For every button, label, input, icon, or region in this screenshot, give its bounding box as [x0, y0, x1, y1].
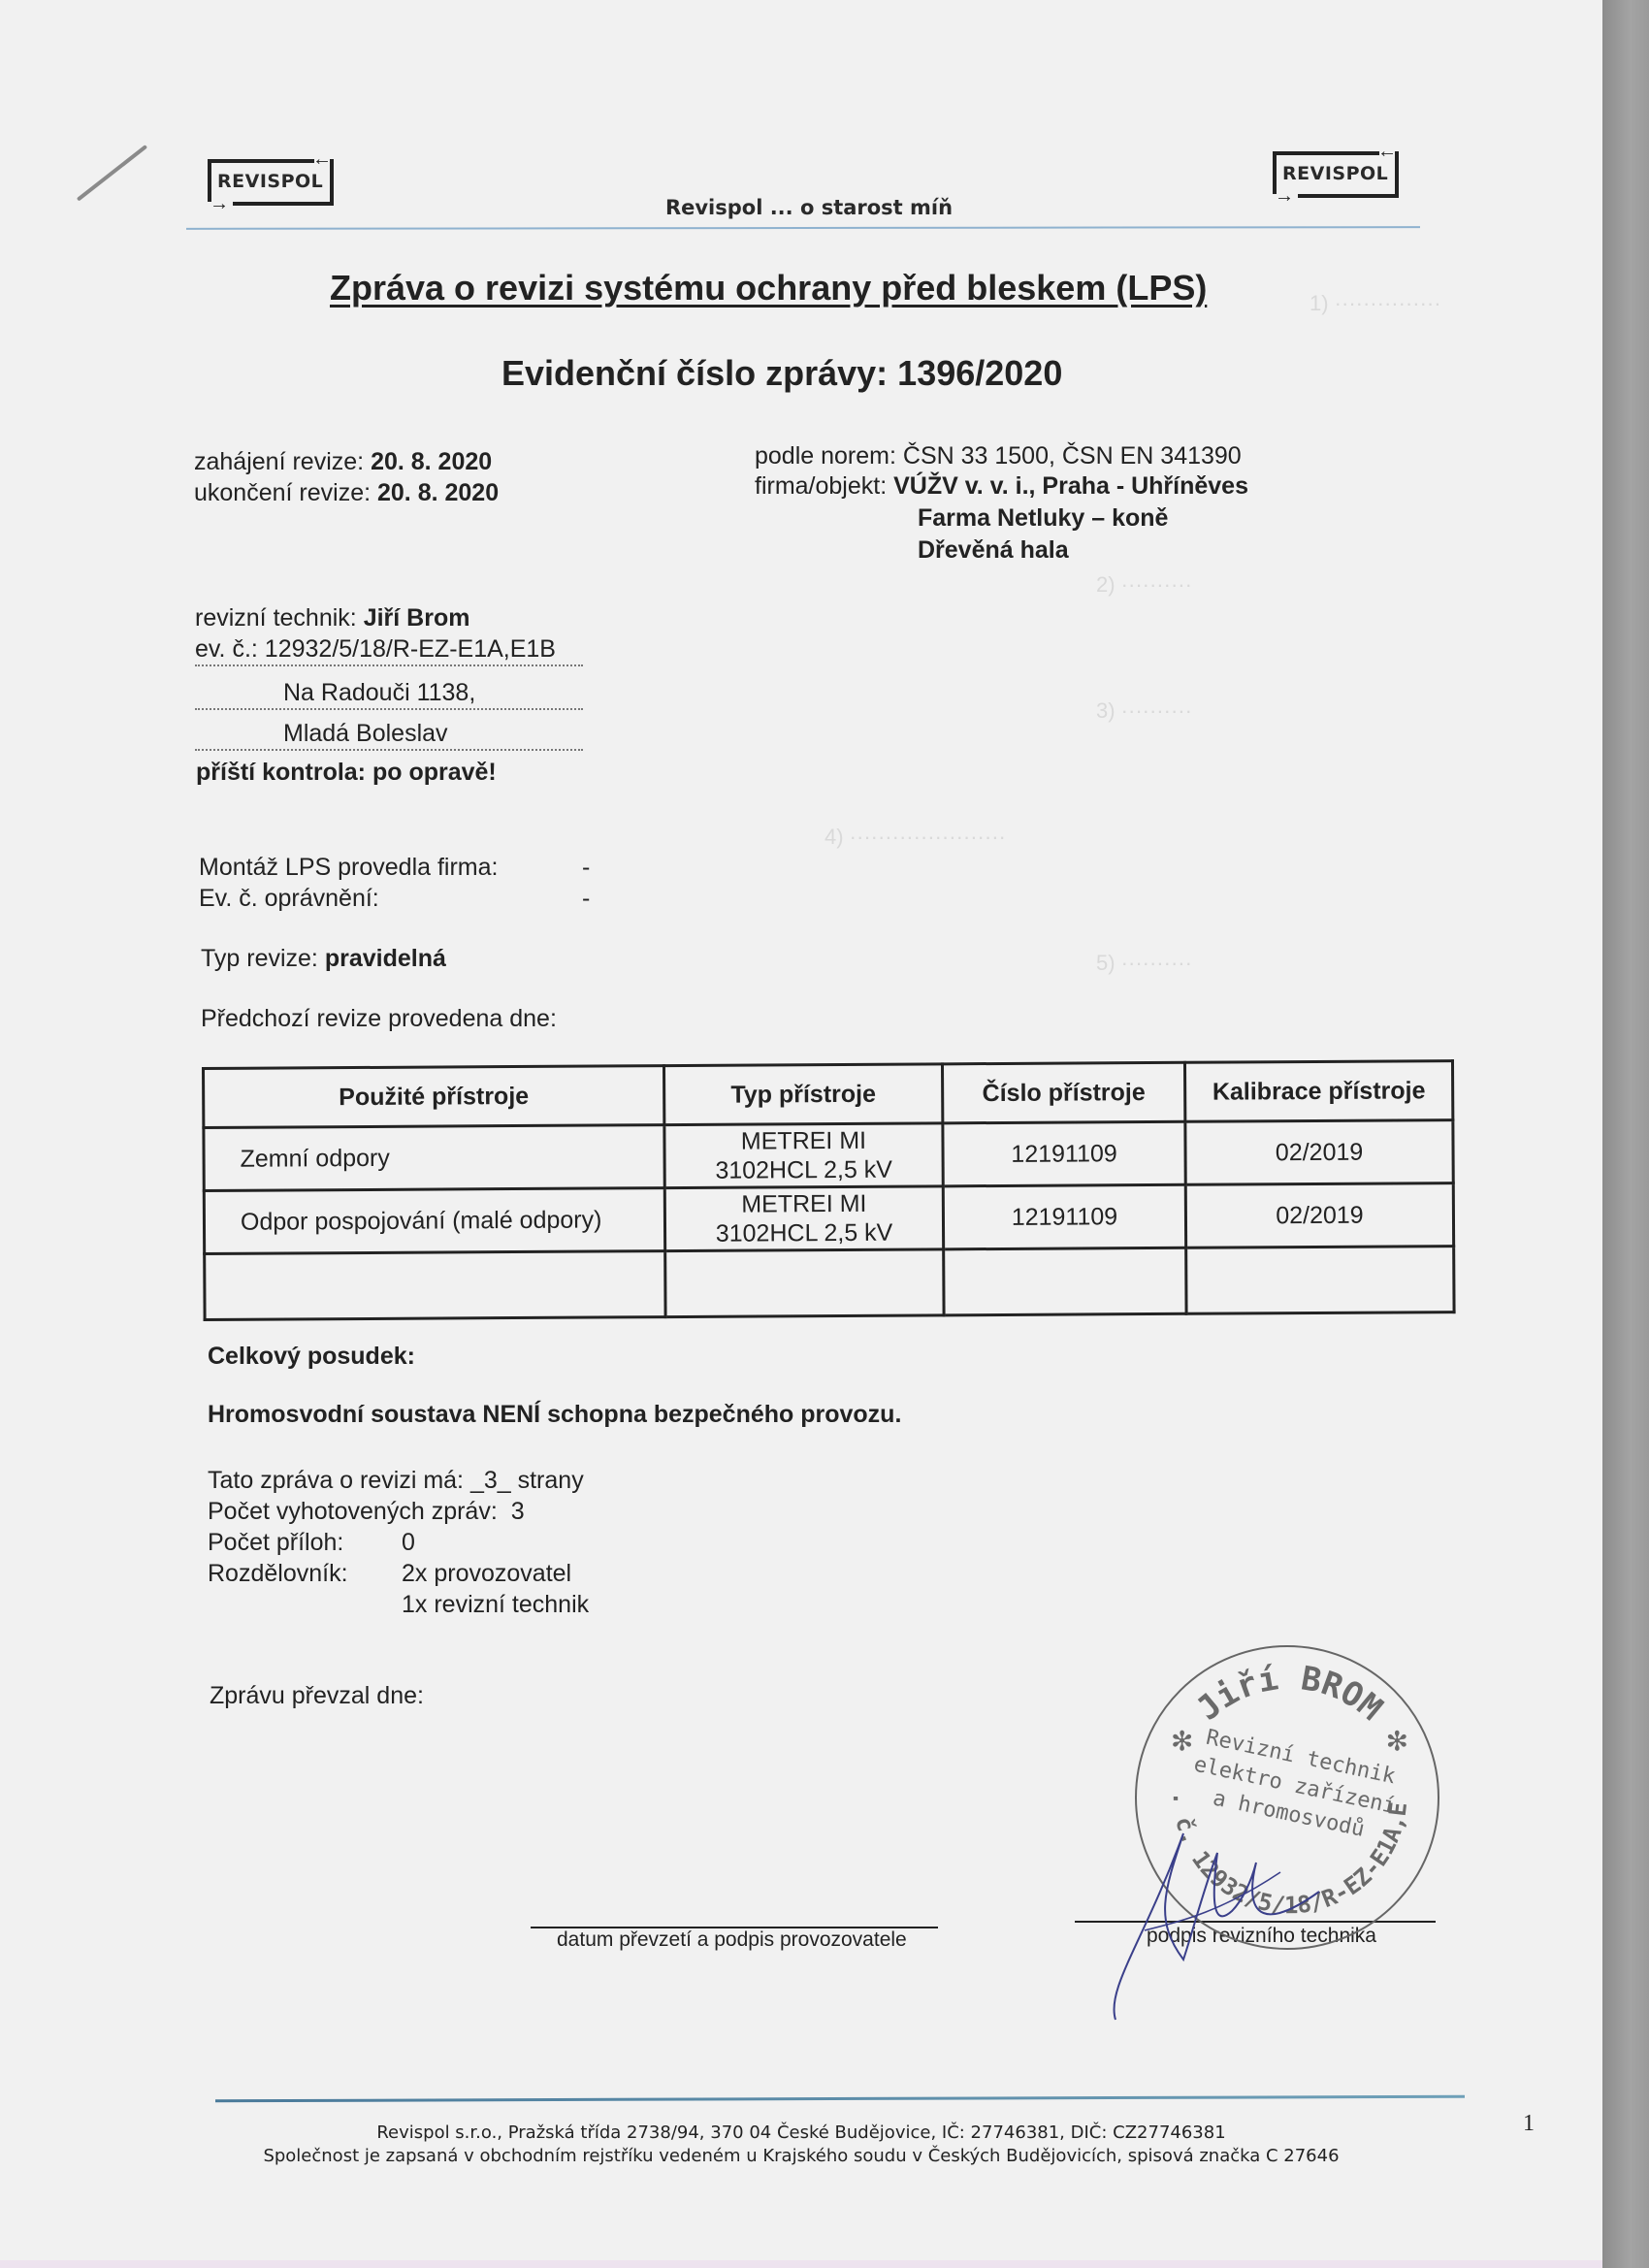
header-divider: [186, 226, 1420, 230]
document-title: Zpráva o revizi systému ochrany před ble…: [330, 268, 1207, 308]
installation-auth-value: -: [582, 885, 590, 913]
object: firma/objekt: VÚŽV v. v. i., Praha - Uhř…: [755, 472, 1248, 501]
handover-label: Zprávu převzal dne:: [210, 1682, 424, 1710]
table-header-row: Použité přístroje Typ přístroje Číslo př…: [204, 1061, 1453, 1128]
handwritten-signature: [1086, 1795, 1339, 2027]
cell-type: METREI MI3102HCL 2,5 kV: [664, 1186, 943, 1251]
footer-divider: [215, 2095, 1465, 2102]
logo-text: REVISPOL: [1282, 163, 1388, 184]
arrow-left-icon: ←: [312, 149, 332, 169]
cell-number: 12191109: [943, 1121, 1185, 1186]
bleed-through-text: 2) ··········: [1096, 572, 1192, 598]
summary-distribution-2: 1x revizní technik: [402, 1591, 589, 1619]
cell-use: [205, 1251, 665, 1320]
cell-type: METREI MI3102HCL 2,5 kV: [664, 1123, 943, 1188]
next-check: příští kontrola: po opravě!: [196, 759, 497, 787]
installation-firm-value: -: [582, 854, 590, 882]
technician-reg: ev. č.: 12932/5/18/R-EZ-E1A,E1B: [195, 635, 583, 666]
assessment-label: Celkový posudek:: [208, 1343, 415, 1371]
table-row: Zemní odpory METREI MI3102HCL 2,5 kV 121…: [204, 1120, 1453, 1191]
object-line-3: Dřevěná hala: [918, 536, 1069, 565]
cell-calibration: 02/2019: [1185, 1120, 1453, 1185]
summary-copies: Počet vyhotovených zpráv: 3: [208, 1498, 525, 1526]
bleed-through-text: 3) ··········: [1096, 698, 1192, 724]
cell-calibration: [1186, 1247, 1454, 1314]
standards: podle norem: ČSN 33 1500, ČSN EN 341390: [755, 442, 1242, 470]
cell-use: Odpor pospojování (malé odpory): [204, 1188, 664, 1254]
assessment-verdict: Hromosvodní soustava NENÍ schopna bezpeč…: [208, 1401, 901, 1429]
technician-address-2: Mladá Boleslav: [195, 720, 583, 751]
col-header-instrument-type: Typ přístroje: [664, 1064, 943, 1125]
summary-pages: Tato zpráva o revizi má: _3_ strany: [208, 1467, 584, 1495]
col-header-used-instruments: Použité přístroje: [204, 1066, 664, 1128]
page-number: 1: [1523, 2111, 1535, 2137]
pencil-mark: [77, 145, 147, 202]
summary-attachments-label: Počet příloh:: [208, 1529, 343, 1557]
bleed-through-text: 4) ······················: [824, 825, 1006, 850]
revision-end: ukončení revize: 20. 8. 2020: [194, 479, 499, 507]
revispol-logo-right: ← → REVISPOL: [1269, 147, 1401, 202]
instruments-table: Použité přístroje Typ přístroje Číslo př…: [202, 1059, 1456, 1321]
previous-revision: Předchozí revize provedena dne:: [201, 1005, 557, 1033]
revision-start: zahájení revize: 20. 8. 2020: [194, 448, 492, 476]
col-header-calibration: Kalibrace přístroje: [1184, 1061, 1452, 1122]
document-page: 1) ··············· 2) ·········· 3) ····…: [0, 0, 1602, 2260]
table-row-empty: [205, 1247, 1454, 1320]
technician: revizní technik: Jiří Brom: [195, 604, 469, 632]
footer-registry-line: Společnost je zapsaná v obchodním rejstř…: [0, 2146, 1602, 2166]
header-tagline: Revispol ... o starost míň: [0, 196, 1602, 219]
summary-distribution-label: Rozdělovník:: [208, 1560, 348, 1588]
cell-type: [665, 1249, 944, 1317]
scanner-edge: [1602, 0, 1649, 2268]
bleed-through-text: 5) ··········: [1096, 951, 1192, 976]
bleed-through-text: 1) ···············: [1309, 291, 1441, 316]
report-number: Evidenční číslo zprávy: 1396/2020: [501, 353, 1062, 394]
summary-distribution-1: 2x provozovatel: [402, 1560, 571, 1588]
col-header-instrument-number: Číslo přístroje: [942, 1062, 1184, 1123]
logo-text: REVISPOL: [217, 171, 323, 192]
installation-auth-label: Ev. č. oprávnění:: [199, 885, 379, 913]
table-row: Odpor pospojování (malé odpory) METREI M…: [204, 1183, 1453, 1254]
footer-company-line: Revispol s.r.o., Pražská třída 2738/94, …: [0, 2122, 1602, 2143]
cell-use: Zemní odpory: [204, 1125, 664, 1191]
revision-type: Typ revize: pravidelná: [201, 945, 446, 973]
cell-number: [944, 1247, 1186, 1315]
operator-signature-caption: datum převzetí a podpis provozovatele: [557, 1928, 907, 1952]
cell-number: 12191109: [943, 1184, 1185, 1249]
installation-firm-label: Montáž LPS provedla firma:: [199, 854, 498, 882]
summary-attachments-value: 0: [402, 1529, 415, 1557]
technician-address-1: Na Radouči 1138,: [195, 679, 583, 710]
object-line-2: Farma Netluky – koně: [918, 504, 1168, 533]
scanner-edge-bottom: [0, 2260, 1602, 2268]
arrow-left-icon: ←: [1377, 142, 1397, 161]
cell-calibration: 02/2019: [1185, 1183, 1453, 1248]
